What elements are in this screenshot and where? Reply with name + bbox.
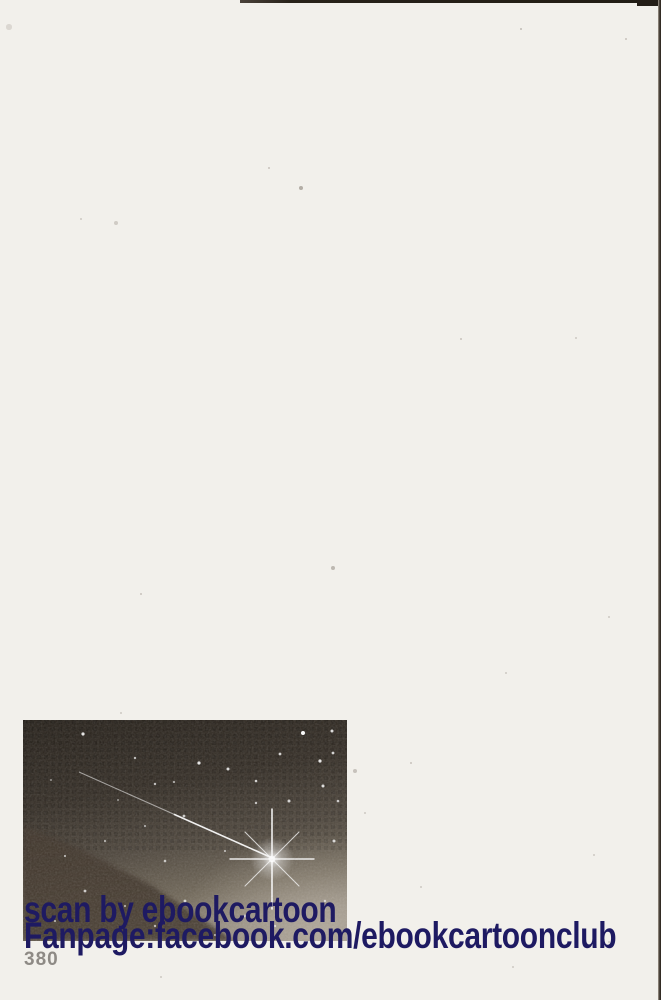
paper-specks <box>0 0 2 2</box>
scanned-page: scan by ebookcartoon Fanpage:facebook.co… <box>0 0 661 1000</box>
top-edge-scan-artifact <box>240 0 661 3</box>
scan-credit-line2: Fanpage:facebook.com/ebookcartoonclub <box>24 918 616 954</box>
